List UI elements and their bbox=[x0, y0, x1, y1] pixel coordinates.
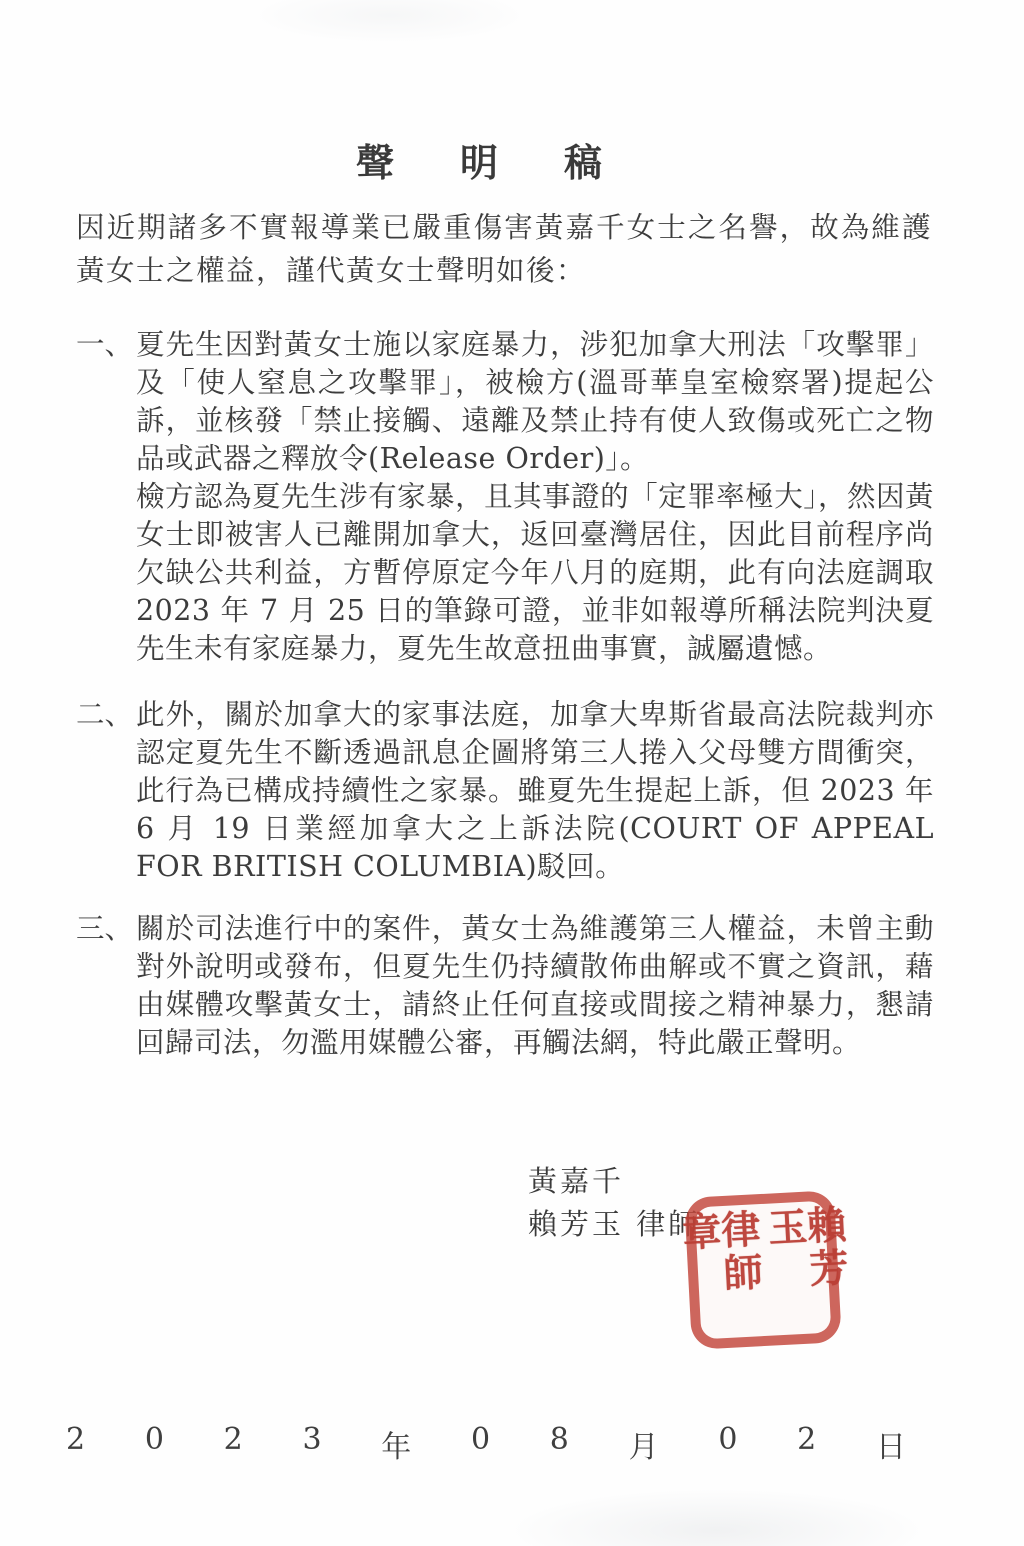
date-char: 8 bbox=[550, 1422, 569, 1466]
date-char: 0 bbox=[145, 1422, 164, 1466]
date-char: 月 bbox=[629, 1422, 659, 1466]
date-char: 年 bbox=[381, 1422, 411, 1466]
date-char: 日 bbox=[876, 1422, 906, 1466]
statement-document-page: 聲明稿 因近期諸多不實報導業已嚴重傷害黃嘉千女士之名譽，故為維護黃女士之權益，謹… bbox=[0, 0, 1024, 1546]
item-number: 三、 bbox=[76, 910, 136, 948]
item-number: 二、 bbox=[76, 696, 136, 734]
item-paragraph: 夏先生因對黃女士施以家庭暴力，涉犯加拿大刑法「攻擊罪」及「使人窒息之攻擊罪」，被… bbox=[136, 326, 934, 478]
statement-item-1: 一、 夏先生因對黃女士施以家庭暴力，涉犯加拿大刑法「攻擊罪」及「使人窒息之攻擊罪… bbox=[76, 326, 934, 668]
lawyer-red-seal-stamp: 賴芳玉 律師章 bbox=[684, 1190, 842, 1350]
item-paragraph: 檢方認為夏先生涉有家暴，且其事證的「定罪率極大」，然因黃女士即被害人已離開加拿大… bbox=[136, 478, 934, 668]
signature-block: 黃嘉千 賴芳玉 律師 bbox=[528, 1160, 700, 1246]
seal-left-column: 律師章 bbox=[678, 1208, 762, 1336]
document-title: 聲明稿 bbox=[0, 132, 1024, 187]
item-paragraph: 此外，關於加拿大的家事法庭，加拿大卑斯省最高法院裁判亦認定夏先生不斷透過訊息企圖… bbox=[136, 696, 934, 886]
signature-client-name: 黃嘉千 bbox=[528, 1160, 700, 1203]
date-char: 3 bbox=[302, 1422, 321, 1466]
signature-lawyer-name: 賴芳玉 律師 bbox=[528, 1203, 700, 1246]
date-char: 2 bbox=[797, 1422, 816, 1466]
seal-right-column: 賴芳玉 bbox=[764, 1204, 848, 1332]
item-paragraph: 關於司法進行中的案件，黃女士為維護第三人權益，未曾主動對外說明或發布，但夏先生仍… bbox=[136, 910, 934, 1062]
item-content: 夏先生因對黃女士施以家庭暴力，涉犯加拿大刑法「攻擊罪」及「使人窒息之攻擊罪」，被… bbox=[136, 326, 934, 668]
date-line: 2 0 2 3 年 0 8 月 0 2 日 bbox=[66, 1422, 906, 1466]
intro-paragraph: 因近期諸多不實報導業已嚴重傷害黃嘉千女士之名譽，故為維護黃女士之權益，謹代黃女士… bbox=[76, 206, 932, 292]
statement-item-2: 二、 此外，關於加拿大的家事法庭，加拿大卑斯省最高法院裁判亦認定夏先生不斷透過訊… bbox=[76, 696, 934, 886]
date-char: 0 bbox=[471, 1422, 490, 1466]
date-char: 0 bbox=[718, 1422, 737, 1466]
date-char: 2 bbox=[66, 1422, 85, 1466]
date-char: 2 bbox=[224, 1422, 243, 1466]
item-number: 一、 bbox=[76, 326, 136, 364]
item-content: 此外，關於加拿大的家事法庭，加拿大卑斯省最高法院裁判亦認定夏先生不斷透過訊息企圖… bbox=[136, 696, 934, 886]
item-content: 關於司法進行中的案件，黃女士為維護第三人權益，未曾主動對外說明或發布，但夏先生仍… bbox=[136, 910, 934, 1062]
statement-item-3: 三、 關於司法進行中的案件，黃女士為維護第三人權益，未曾主動對外說明或發布，但夏… bbox=[76, 910, 934, 1062]
